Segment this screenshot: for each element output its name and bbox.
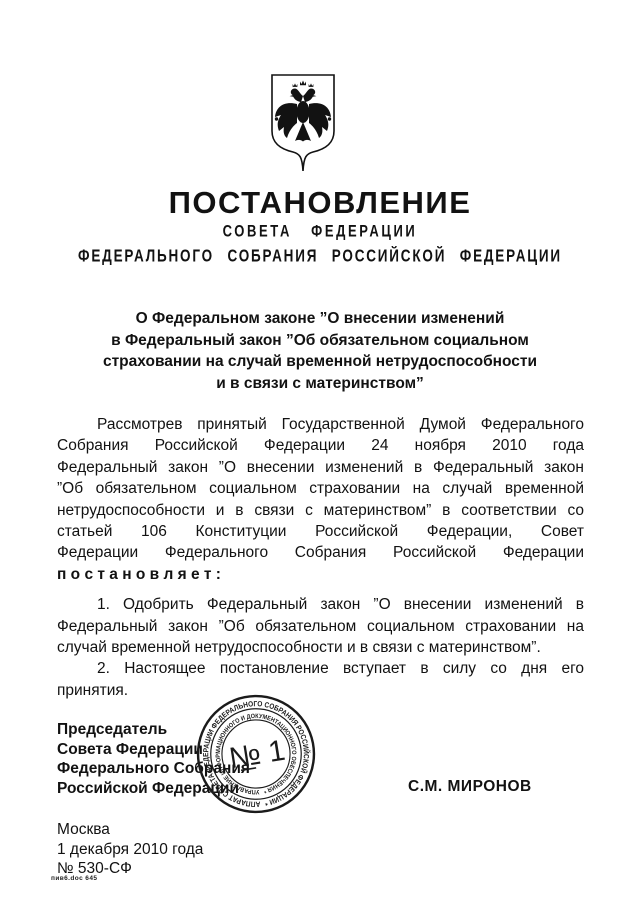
- paragraph-line: Федерации Федерального Собрания Российск…: [57, 542, 584, 563]
- issue-date: 1 декабря 2010 года: [57, 840, 203, 860]
- paragraph-line: Федеральный закон ”О внесении изменений …: [57, 457, 584, 478]
- registration-stamp: АППАРАТ СОВЕТА ФЕДЕРАЦИИ ФЕДЕРАЛЬНОГО СО…: [195, 693, 317, 815]
- paragraph-gap: [57, 585, 584, 594]
- paragraph-line: Федеральный закон ”Об обязательном социа…: [57, 616, 584, 637]
- subject-line: в Федеральный закон ”Об обязательном соц…: [70, 330, 570, 352]
- paragraph-line: Рассмотрев принятый Государственной Думо…: [57, 414, 584, 435]
- double-headed-eagle-icon: [275, 81, 331, 142]
- subject-line: О Федеральном законе ”О внесении изменен…: [70, 308, 570, 330]
- coat-of-arms-icon: [268, 72, 338, 174]
- subject-line: и в связи с материнством”: [70, 373, 570, 395]
- paragraph-line: нетрудоспособности и в связи с материнст…: [57, 500, 584, 521]
- issue-place: Москва: [57, 820, 203, 840]
- paragraph-line: 2. Настоящее постановление вступает в си…: [57, 658, 584, 679]
- document-page: ПОСТАНОВЛЕНИЕ СОВЕТА ФЕДЕРАЦИИ ФЕДЕРАЛЬН…: [0, 0, 640, 905]
- resolves-word: п о с т а н о в л я е т :: [57, 564, 584, 585]
- paragraph-line: случай временной нетрудоспособности и в …: [57, 637, 584, 658]
- paragraph-line: статьей 106 Конституции Российской Федер…: [57, 521, 584, 542]
- org-name-line2: ФЕДЕРАЛЬНОГО СОБРАНИЯ РОССИЙСКОЙ ФЕДЕРАЦ…: [0, 246, 640, 265]
- subject-line: страховании на случай временной нетрудос…: [70, 351, 570, 373]
- paragraph-line: 1. Одобрить Федеральный закон ”О внесени…: [57, 594, 584, 615]
- paragraph-line: Собрания Российской Федерации 24 ноября …: [57, 435, 584, 456]
- signatory-name: С.М. МИРОНОВ: [408, 778, 532, 796]
- document-type-title: ПОСТАНОВЛЕНИЕ: [0, 185, 640, 221]
- paragraph-line: ”Об обязательном социальном страховании …: [57, 478, 584, 499]
- paragraph-line: принятия.: [57, 680, 584, 701]
- stamp-number: № 1: [227, 734, 288, 775]
- resolution-subject: О Федеральном законе ”О внесении изменен…: [70, 308, 570, 394]
- org-name-line1: СОВЕТА ФЕДЕРАЦИИ: [0, 221, 640, 240]
- document-file-reference: пив6.doc 645: [51, 875, 97, 882]
- resolution-body: Рассмотрев принятый Государственной Думо…: [57, 414, 584, 701]
- issue-block: Москва 1 декабря 2010 года № 530-СФ: [57, 820, 203, 879]
